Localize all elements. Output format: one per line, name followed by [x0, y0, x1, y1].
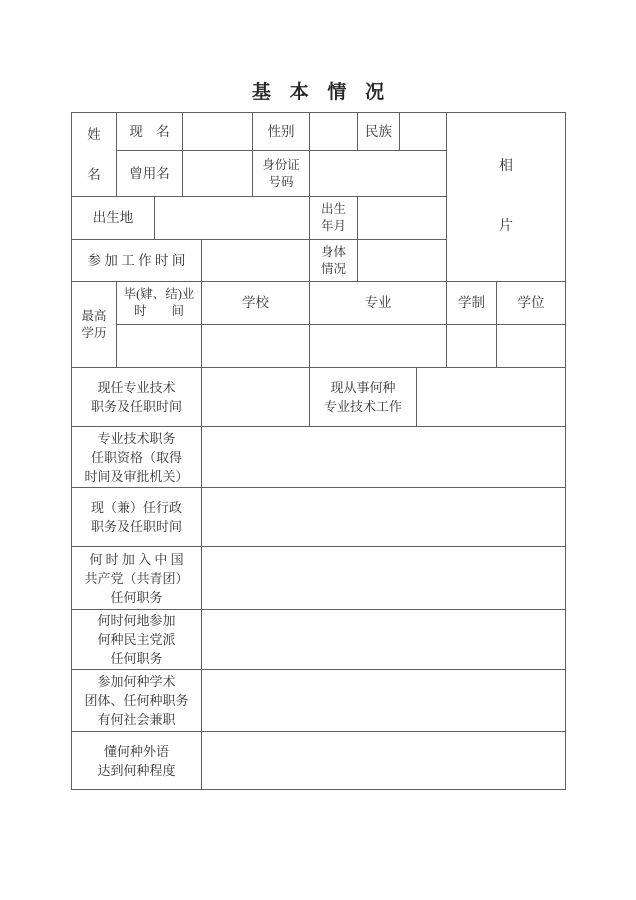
- tech-post-label-line: 现任专业技术: [72, 378, 201, 397]
- form-page: 基 本 情 况 姓 名 现 名 性别 民族 相 片: [0, 0, 636, 900]
- degree-header: 学位: [497, 282, 566, 325]
- academic-label: 参加何种学术 团体、任何种职务 有何社会兼职: [72, 670, 202, 732]
- grad-time-header-line: 时 间: [117, 303, 201, 320]
- language-label-line: 懂何种外语: [72, 742, 201, 761]
- academic-value[interactable]: [202, 670, 566, 732]
- language-value[interactable]: [202, 732, 566, 790]
- id-number-value[interactable]: [310, 151, 447, 197]
- party-value[interactable]: [202, 547, 566, 610]
- major-value[interactable]: [310, 325, 447, 368]
- health-label-line: 情况: [310, 261, 357, 278]
- id-label-line: 号码: [253, 174, 309, 191]
- health-value[interactable]: [358, 240, 447, 282]
- academic-label-line: 团体、任何种职务: [72, 691, 201, 710]
- tech-work-label-line: 现从事何种: [310, 378, 416, 397]
- basic-info-table: 姓 名 现 名 性别 民族 相 片 曾用名 身份证 号码: [71, 112, 566, 790]
- tech-post-label: 现任专业技术 职务及任职时间: [72, 368, 202, 427]
- qualification-value[interactable]: [202, 427, 566, 488]
- grad-time-header: 毕(肄、结)业 时 间: [117, 282, 202, 325]
- admin-post-value[interactable]: [202, 488, 566, 547]
- major-header: 专业: [310, 282, 447, 325]
- birthplace-value[interactable]: [155, 197, 310, 240]
- birth-date-label: 出生 年月: [310, 197, 358, 240]
- admin-post-label-line: 职务及任职时间: [72, 517, 201, 536]
- qualification-label-line: 时间及审批机关）: [72, 467, 201, 486]
- gender-value[interactable]: [310, 113, 358, 151]
- qualification-label-line: 任职资格（取得: [72, 448, 201, 467]
- ethnicity-label: 民族: [358, 113, 400, 151]
- qualification-label: 专业技术职务 任职资格（取得 时间及审批机关）: [72, 427, 202, 488]
- name-label-line: 名: [87, 166, 101, 184]
- admin-post-label: 现（兼）任行政 职务及任职时间: [72, 488, 202, 547]
- work-start-label: 参 加 工 作 时 间: [72, 240, 202, 282]
- birth-date-label-line: 年月: [310, 218, 357, 235]
- grad-time-value[interactable]: [117, 325, 202, 368]
- democratic-party-label-line: 何种民主党派: [72, 630, 201, 649]
- degree-value[interactable]: [497, 325, 566, 368]
- ethnicity-value[interactable]: [400, 113, 447, 151]
- language-label-line: 达到何种程度: [72, 761, 201, 780]
- name-label: 姓 名: [72, 113, 117, 197]
- current-name-label: 现 名: [117, 113, 183, 151]
- photo-label-line: 片: [499, 218, 513, 236]
- id-number-label: 身份证 号码: [253, 151, 310, 197]
- former-name-label: 曾用名: [117, 151, 183, 197]
- current-name-value[interactable]: [183, 113, 253, 151]
- democratic-party-label-line: 何时何地参加: [72, 611, 201, 630]
- photo-area[interactable]: 相 片: [447, 113, 566, 282]
- work-start-value[interactable]: [202, 240, 310, 282]
- democratic-party-label: 何时何地参加 何种民主党派 任何职务: [72, 610, 202, 670]
- language-label: 懂何种外语 达到何种程度: [72, 732, 202, 790]
- education-label: 最高 学历: [72, 282, 117, 368]
- party-label-line: 共产党（共青团）: [72, 569, 201, 588]
- party-label-line: 任何职务: [72, 588, 201, 607]
- education-label-line: 学历: [72, 325, 116, 342]
- tech-post-value[interactable]: [202, 368, 310, 427]
- democratic-party-label-line: 任何职务: [72, 649, 201, 668]
- health-label: 身体 情况: [310, 240, 358, 282]
- party-label: 何 时 加 入 中 国 共产党（共青团） 任何职务: [72, 547, 202, 610]
- school-value[interactable]: [202, 325, 310, 368]
- birth-date-value[interactable]: [358, 197, 447, 240]
- tech-work-value[interactable]: [417, 368, 566, 427]
- name-label-line: 姓: [87, 126, 101, 144]
- former-name-value[interactable]: [183, 151, 253, 197]
- education-label-line: 最高: [72, 308, 116, 325]
- tech-work-label: 现从事何种 专业技术工作: [310, 368, 417, 427]
- health-label-line: 身体: [310, 244, 357, 261]
- duration-header: 学制: [447, 282, 497, 325]
- tech-post-label-line: 职务及任职时间: [72, 397, 201, 416]
- duration-value[interactable]: [447, 325, 497, 368]
- gender-label: 性别: [253, 113, 310, 151]
- qualification-label-line: 专业技术职务: [72, 429, 201, 448]
- academic-label-line: 参加何种学术: [72, 672, 201, 691]
- democratic-party-value[interactable]: [202, 610, 566, 670]
- birthplace-label: 出生地: [72, 197, 155, 240]
- id-label-line: 身份证: [253, 157, 309, 174]
- academic-label-line: 有何社会兼职: [72, 710, 201, 729]
- birth-date-label-line: 出生: [310, 201, 357, 218]
- school-header: 学校: [202, 282, 310, 325]
- page-title: 基 本 情 况: [0, 77, 636, 104]
- admin-post-label-line: 现（兼）任行政: [72, 498, 201, 517]
- tech-work-label-line: 专业技术工作: [310, 397, 416, 416]
- party-label-line: 何 时 加 入 中 国: [72, 550, 201, 569]
- grad-time-header-line: 毕(肄、结)业: [117, 286, 201, 303]
- photo-label-line: 相: [499, 158, 513, 176]
